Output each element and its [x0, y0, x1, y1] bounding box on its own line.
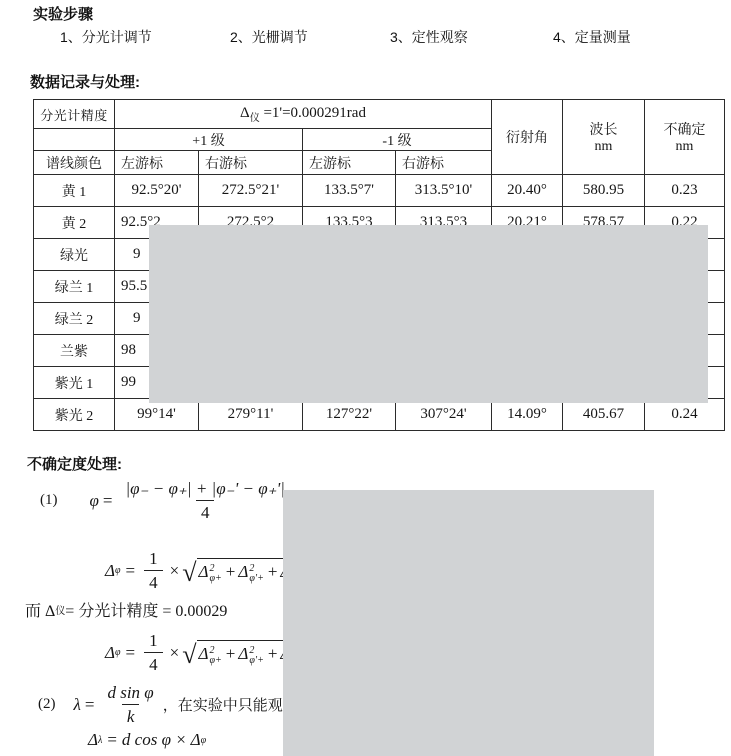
- cell-p1l: 99°14': [115, 399, 199, 431]
- uncertainty-section-title: 不确定度处理:: [27, 453, 122, 474]
- formula-delta-phi-1: Δφ = 1 4 × √ Δ2φ+ + Δ2φ′+ + Δ: [105, 548, 292, 594]
- term-subscript: φ′+: [249, 656, 263, 667]
- delta-value: =1'=0.000291rad: [260, 105, 366, 121]
- cell-p1l: 92.5°20': [115, 175, 199, 207]
- instrument-precision-cell: Δ仪 =1'=0.000291rad: [115, 100, 492, 129]
- plus-sign: +: [268, 644, 278, 664]
- cell-m1l: 133.5°7': [303, 175, 396, 207]
- wavelength-unit: nm: [563, 139, 644, 155]
- uncertainty-header: 不确定 nm: [645, 100, 725, 175]
- equals-sign: =: [107, 730, 117, 750]
- step-3: 3、定性观察: [390, 27, 468, 47]
- table-header-row-1: 分光计精度 Δ仪 =1'=0.000291rad 衍射角 波长 nm 不确定 n…: [34, 100, 725, 129]
- table-row: 紫光 2 99°14' 279°11' 127°22' 307°24' 14.0…: [34, 399, 725, 431]
- precision-label-cell: 分光计精度: [34, 100, 115, 129]
- instrument-subscript: 仪: [55, 602, 65, 617]
- delta-lambda-subscript: λ: [98, 735, 102, 746]
- delta-symbol: Δ: [105, 561, 115, 581]
- wavelength-label: 波长: [563, 119, 644, 139]
- equals-sign: =: [85, 695, 95, 715]
- delta-term: Δ: [199, 644, 209, 664]
- cell-m1r: 307°24': [396, 399, 492, 431]
- delta-phi-subscript: φ: [115, 647, 121, 658]
- term-exponent: 2: [209, 646, 214, 657]
- row-color: 紫光 2: [34, 399, 115, 431]
- quarter-fraction: 1 4: [144, 630, 163, 676]
- fraction-denominator: 4: [144, 570, 163, 593]
- formula-lambda: (2) λ = d sin φ k ，在实验中只能观: [38, 682, 283, 728]
- square-root: √ Δ2φ+ + Δ2φ′+ + Δ: [182, 558, 292, 584]
- cell-m1l: 127°22': [303, 399, 396, 431]
- term-exponent: 2: [249, 564, 254, 575]
- delta-term: Δ: [238, 562, 248, 582]
- experiment-steps-line: 1、分光计调节 2、光栅调节 3、定性观察 4、定量测量: [0, 27, 731, 47]
- phi-numerator: |φ₋ − φ₊| + |φ₋' − φ₊'|: [121, 478, 290, 500]
- radical-sign: √: [182, 642, 196, 668]
- instrument-precision-line: 而 Δ仪 = 分光计精度 = 0.00029: [25, 598, 227, 621]
- phi-fraction: |φ₋ − φ₊| + |φ₋' − φ₊'| 4: [121, 478, 290, 524]
- minus-one-order-header: -1 级: [303, 129, 492, 151]
- cell-wavelength: 405.67: [563, 399, 645, 431]
- cell-uncertainty: 0.24: [645, 399, 725, 431]
- minus-left-cursor-header: 左游标: [303, 151, 396, 175]
- plus-sign: +: [226, 562, 236, 582]
- body-subscript: φ: [201, 735, 207, 746]
- row-color: 绿兰 1: [34, 271, 115, 303]
- plus-one-order-header: +1 级: [115, 129, 303, 151]
- plus-right-cursor-header: 右游标: [199, 151, 303, 175]
- line-prefix: 而 Δ: [25, 598, 55, 621]
- lambda-fraction: d sin φ k: [102, 682, 158, 728]
- fraction-denominator: 4: [144, 652, 163, 675]
- data-section-title: 数据记录与处理:: [30, 71, 140, 92]
- uncertainty-label: 不确定: [645, 119, 724, 139]
- delta-term: Δ: [238, 644, 248, 664]
- cell-uncertainty: 0.23: [645, 175, 725, 207]
- row-color: 绿光: [34, 239, 115, 271]
- term-exponent: 2: [249, 646, 254, 657]
- delta-phi-subscript: φ: [115, 565, 121, 576]
- table-row: 黄 1 92.5°20' 272.5°21' 133.5°7' 313.5°10…: [34, 175, 725, 207]
- spectral-color-header: 谱线颜色: [34, 151, 115, 175]
- cell-angle: 20.40°: [492, 175, 563, 207]
- empty-cell: [34, 129, 115, 151]
- row-color: 绿兰 2: [34, 303, 115, 335]
- minus-right-cursor-header: 右游标: [396, 151, 492, 175]
- lambda-note: ，在实验中只能观: [163, 694, 283, 715]
- cell-angle: 14.09°: [492, 399, 563, 431]
- row-color: 紫光 1: [34, 367, 115, 399]
- cell-wavelength: 580.95: [563, 175, 645, 207]
- delta-subscript: 仪: [250, 113, 260, 124]
- diffraction-angle-header: 衍射角: [492, 100, 563, 175]
- equals-sign: =: [126, 643, 136, 663]
- redaction-box-table: [149, 225, 708, 403]
- delta-term: Δ: [199, 562, 209, 582]
- formula-1-label: (1): [40, 492, 58, 509]
- radical-sign: √: [182, 560, 196, 586]
- formula-phi: (1) φ = |φ₋ − φ₊| + |φ₋' − φ₊'| 4: [40, 478, 294, 524]
- step-1: 1、分光计调节: [60, 27, 152, 47]
- equals-sign: =: [103, 491, 113, 511]
- plus-sign: +: [226, 644, 236, 664]
- lambda-symbol: λ: [74, 695, 81, 715]
- wavelength-header: 波长 nm: [563, 100, 645, 175]
- quarter-fraction: 1 4: [144, 548, 163, 594]
- cell-m1r: 313.5°10': [396, 175, 492, 207]
- row-color: 兰紫: [34, 335, 115, 367]
- term-subscript: φ+: [209, 656, 221, 667]
- delta-lambda-body: d cos φ × Δ: [122, 730, 201, 750]
- uncertainty-unit: nm: [645, 139, 724, 155]
- step-4: 4、定量测量: [553, 27, 631, 47]
- step-2: 2、光栅调节: [230, 27, 308, 47]
- lambda-numerator: d sin φ: [102, 682, 158, 704]
- formula-2-label: (2): [38, 696, 56, 713]
- cell-p1r: 272.5°21': [199, 175, 303, 207]
- document-page: 实验步骤 1、分光计调节 2、光栅调节 3、定性观察 4、定量测量 数据记录与处…: [0, 0, 731, 756]
- lambda-denominator: k: [122, 704, 140, 727]
- plus-sign: +: [268, 562, 278, 582]
- row-color: 黄 1: [34, 175, 115, 207]
- plus-left-cursor-header: 左游标: [115, 151, 199, 175]
- phi-denominator: 4: [196, 500, 215, 523]
- square-root: √ Δ2φ+ + Δ2φ′+ + Δ: [182, 640, 292, 666]
- fraction-numerator: 1: [144, 630, 163, 652]
- line-value: = 分光计精度 = 0.00029: [65, 598, 227, 621]
- formula-delta-phi-2: Δφ = 1 4 × √ Δ2φ+ + Δ2φ′+ + Δ: [105, 630, 292, 676]
- delta-symbol: Δ: [105, 643, 115, 663]
- formula-delta-lambda: Δλ = d cos φ × Δφ: [88, 730, 206, 750]
- redaction-box-formulas: [283, 490, 654, 756]
- experiment-steps-title: 实验步骤: [33, 3, 93, 24]
- equals-sign: =: [126, 561, 136, 581]
- delta-symbol: Δ: [88, 730, 98, 750]
- multiply-sign: ×: [170, 643, 180, 663]
- delta-symbol: Δ: [240, 105, 250, 121]
- cell-p1r: 279°11': [199, 399, 303, 431]
- multiply-sign: ×: [170, 561, 180, 581]
- term-subscript: φ′+: [249, 574, 263, 585]
- term-exponent: 2: [209, 564, 214, 575]
- phi-symbol: φ: [90, 491, 99, 511]
- fraction-numerator: 1: [144, 548, 163, 570]
- term-subscript: φ+: [209, 574, 221, 585]
- row-color: 黄 2: [34, 207, 115, 239]
